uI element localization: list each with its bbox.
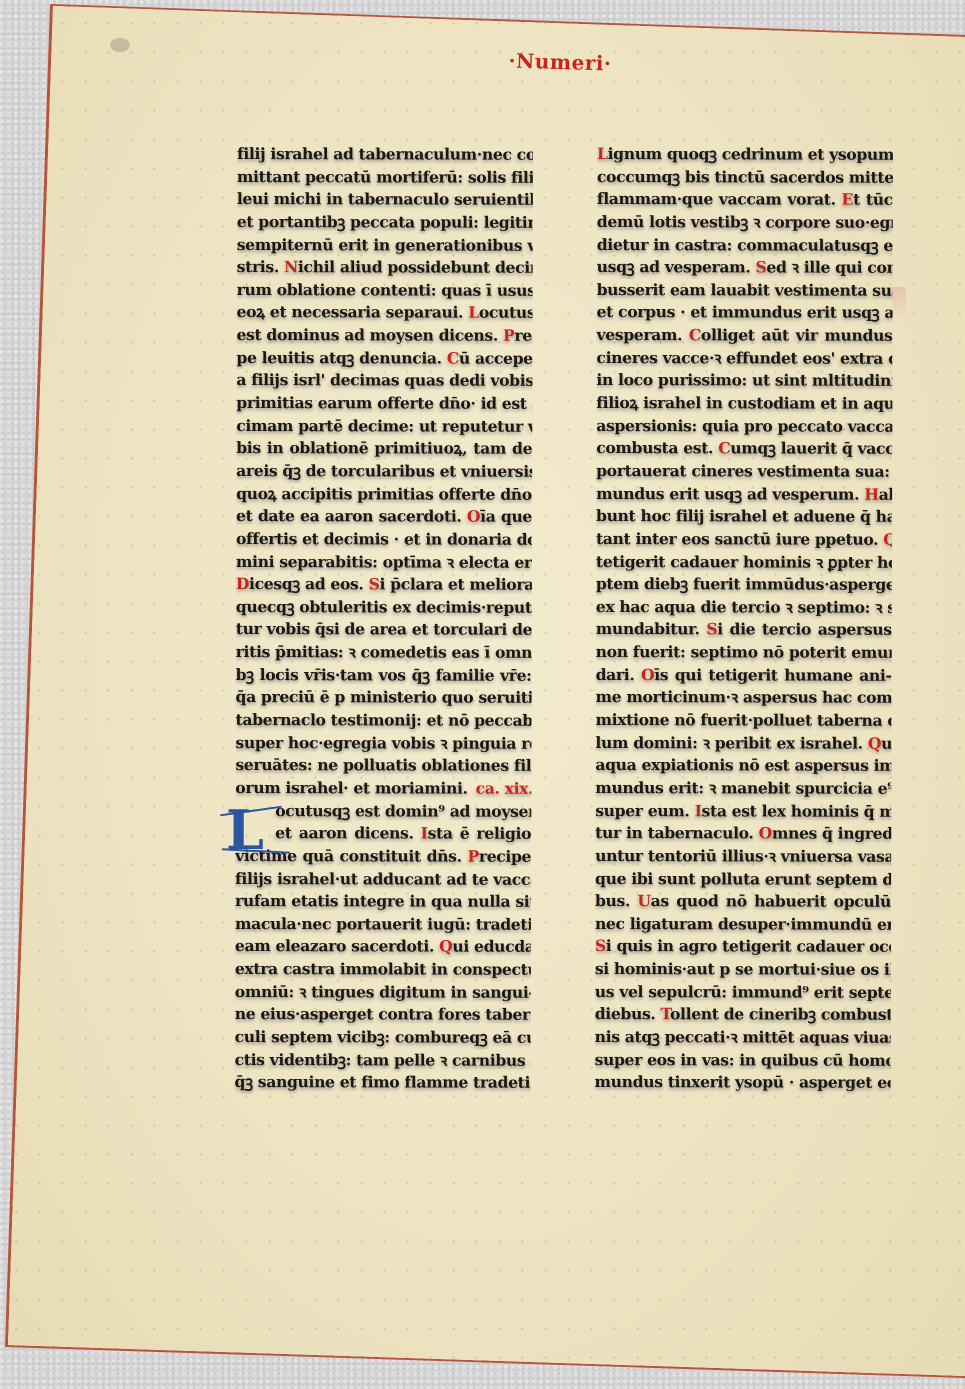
text-line: ex hac aqua die tercio ꝛ septimo: ꝛ sic xyxy=(596,596,892,619)
line-text: super eos in vas: in quibus cū homo xyxy=(595,1050,891,1070)
text-line: eoꝝ et necessaria separaui. Locutusqꝫ xyxy=(237,301,533,324)
text-line: ctis videntibꝫ: tam pelle ꝛ carnibus e⁹ xyxy=(235,1049,531,1072)
text-line: cimam partē decime: ut reputetur vo- xyxy=(236,415,532,438)
line-text: et corpus · et immundus erit usqꝫ ad xyxy=(597,302,893,322)
text-line: busserit eam lauabit vestimenta sua xyxy=(597,279,893,302)
text-line: macula·nec portauerit iugū: tradetisqꝫ xyxy=(235,913,531,936)
text-line: mittant peccatū mortiferū: solis filijs xyxy=(237,166,533,189)
line-text: primitias earum offerte dn̄o· id est de- xyxy=(236,393,532,413)
text-line: bus. Uas quod nō habuerit opculū xyxy=(595,890,891,913)
line-text: aqua expiationis nō est aspersus im- xyxy=(595,755,891,775)
text-line: filiј israhel ad tabernaculum·nec com xyxy=(237,143,533,166)
text-line: tur in tabernaculo. Omnes q̄ ingredi- xyxy=(595,822,891,845)
line-text: que ibi sunt polluta erunt septem die- xyxy=(595,868,891,888)
text-line: rufam etatis integre in qua nulla sit xyxy=(235,890,531,913)
line-text: offertis et decimis · et in donaria do- xyxy=(236,529,532,549)
text-line: mundus erit usqꝫ ad vesperum. Habe- xyxy=(596,483,892,506)
line-text: si hominis·aut p se mortui·siue os illi- xyxy=(595,959,891,979)
line-text: filiј israhel ad tabernaculum·nec com xyxy=(237,144,533,164)
line-text: portauerat cineres vestimenta sua: im- xyxy=(596,461,892,481)
text-line: bis in oblationē primitiuoꝝ, tam de xyxy=(236,437,532,460)
line-text: in loco purissimo: ut sint mltitudini xyxy=(596,370,892,390)
text-line: quecqꝫ obtuleritis ex decimis·reputabi- xyxy=(236,596,532,619)
text-line: ptem diebꝫ fuerit immūdus·asperget xyxy=(596,573,892,596)
line-text: culi septem vicibꝫ: combureqꝫ eā cun- xyxy=(235,1027,531,1047)
line-text: mini separabitis: optīma ꝛ electa erūt. xyxy=(236,552,532,572)
line-text: dietur in castra: commaculatusqꝫ erit xyxy=(597,235,893,255)
line-text: ocutusqꝫ est domin⁹ ad moysen xyxy=(275,801,531,821)
text-line: culi septem vicibꝫ: combureqꝫ eā cun- xyxy=(235,1026,531,1049)
text-line: est dominus ad moysen dicens. Preci xyxy=(236,324,532,347)
line-text: bus. Uas quod nō habuerit opculū xyxy=(595,891,891,911)
rubricated-capital: C xyxy=(447,348,459,367)
rubricated-capital: O xyxy=(759,824,772,843)
line-text: rufam etatis integre in qua nulla sit xyxy=(235,891,531,911)
line-text: mittant peccatū mortiferū: solis filijs xyxy=(237,167,533,187)
text-line: dietur in castra: commaculatusqꝫ erit xyxy=(597,234,893,257)
line-text: Si quis in agro tetigerit cadauer occi- xyxy=(595,936,891,956)
text-line: que ibi sunt polluta erunt septem die- xyxy=(595,867,891,890)
rubricated-capital: H xyxy=(864,484,878,503)
rubricated-capital: Q xyxy=(868,733,881,752)
text-line: in loco purissimo: ut sint mltitudini xyxy=(596,369,892,392)
line-text: omniū: ꝛ tingues digitum in sangui- xyxy=(235,982,531,1002)
text-line: cineres vacce·ꝛ effundet eos' extra cast… xyxy=(596,347,892,370)
text-line: tetigerit cadauer hominis ꝛ ꝑpter hoc se… xyxy=(596,551,892,574)
text-line: filioꝝ israhel in custodiam et in aquā xyxy=(596,392,892,415)
line-text: est dominus ad moysen dicens. Preci xyxy=(236,325,532,345)
rubricated-capital: Q xyxy=(883,530,892,549)
line-text: usqꝫ ad vesperam. Sed ꝛ ille qui com- xyxy=(597,257,893,277)
text-line: Lignum quoqꝫ cedrinum et ysopum xyxy=(597,143,893,166)
line-text: untur tentoriū illius·ꝛ vniuersa vasa xyxy=(595,846,891,866)
text-line: lum domini: ꝛ peribit ex israhel. Quia xyxy=(595,732,891,755)
line-text: tetigerit cadauer hominis ꝛ ꝑpter hoc se… xyxy=(596,552,892,572)
text-line: mundabitur. Si die tercio aspersus xyxy=(596,618,892,641)
line-text: ritis p̄mitias: ꝛ comedetis eas ī omni- xyxy=(236,642,532,662)
line-text: seruātes: ne polluatis oblationes fili- xyxy=(235,755,531,775)
text-line: usqꝫ ad vesperam. Sed ꝛ ille qui com- xyxy=(597,256,893,279)
text-line: seruātes: ne polluatis oblationes fili- xyxy=(235,754,531,777)
line-text: mundus erit: ꝛ manebit spurcicia e⁹ xyxy=(595,778,891,798)
text-line: coccumqꝫ bis tinctū sacerdos mittet ī xyxy=(597,166,893,189)
text-line: super eum. Ista est lex hominis q̄ mori- xyxy=(595,800,891,823)
line-text: cineres vacce·ꝛ effundet eos' extra cast… xyxy=(596,348,892,368)
line-text: filioꝝ israhel in custodiam et in aquā xyxy=(596,393,892,413)
text-line: me morticinum·ꝛ aspersus hac com- xyxy=(596,686,892,709)
line-text: super eum. Ista est lex hominis q̄ mori- xyxy=(595,801,891,821)
line-text: bꝫ locis vr̄is·tam vos q̄ꝫ familie vr̄e: xyxy=(236,665,532,685)
text-line: leui michi in tabernaculo seruientibus xyxy=(237,188,533,211)
text-line: offertis et decimis · et in donaria do- xyxy=(236,528,532,551)
line-text: et aaron dicens. Ista ē religio xyxy=(275,823,531,843)
text-line: super eos in vas: in quibus cū homo xyxy=(595,1049,891,1072)
line-text: us vel sepulcrū: immund⁹ erit septem xyxy=(595,982,891,1002)
text-line: mundus erit: ꝛ manebit spurcicia e⁹ xyxy=(595,777,891,800)
line-text: ne eius·asperget contra fores taberna- xyxy=(235,1004,531,1024)
text-line: et portantibꝫ peccata populi: legitimū xyxy=(237,211,533,234)
text-line: Si quis in agro tetigerit cadauer occi- xyxy=(595,935,891,958)
line-text: stris. Nichil aliud possidebunt decima xyxy=(237,257,533,277)
text-line: untur tentoriū illius·ꝛ vniuersa vasa xyxy=(595,845,891,868)
line-text: combusta est. Cumqꝫ lauerit q̄ vacce xyxy=(596,438,892,458)
line-text: tur in tabernaculo. Omnes q̄ ingredi- xyxy=(595,823,891,843)
line-text: ex hac aqua die tercio ꝛ septimo: ꝛ sic xyxy=(596,597,892,617)
text-line: tant inter eos sanctū iure ppetuo. Qui xyxy=(596,528,892,551)
text-line: combusta est. Cumqꝫ lauerit q̄ vacce xyxy=(596,437,892,460)
text-line: bꝫ locis vr̄is·tam vos q̄ꝫ familie vr̄e: xyxy=(236,664,532,687)
text-line: extra castra immolabit in conspectu xyxy=(235,958,531,981)
line-text: orum israhel· et moriamini. xyxy=(235,778,467,798)
text-line: vesperam. Colliget aūt vir mundus xyxy=(596,324,892,347)
text-line: non fuerit: septimo nō poterit emun- xyxy=(596,641,892,664)
line-text: ctis videntibꝫ: tam pelle ꝛ carnibus e⁹ xyxy=(235,1050,531,1070)
line-text: nec ligaturam desuper·immundū erit. xyxy=(595,914,891,934)
line-text: cimam partē decime: ut reputetur vo- xyxy=(236,416,532,436)
left-column: filiј israhel ad tabernaculum·nec commit… xyxy=(235,143,533,1095)
line-text: coccumqꝫ bis tinctū sacerdos mittet ī xyxy=(597,167,893,187)
line-text: tant inter eos sanctū iure ppetuo. Qui xyxy=(596,529,892,549)
text-line: et date ea aaron sacerdoti. Oīa que xyxy=(236,505,532,528)
line-text: me morticinum·ꝛ aspersus hac com- xyxy=(596,687,892,707)
right-column: Lignum quoqꝫ cedrinum et ysopumcoccumqꝫ … xyxy=(595,143,893,1095)
text-line: aspersionis: quia pro peccato vacca xyxy=(596,415,892,438)
rubricated-capital: S xyxy=(755,258,766,277)
line-text: super hoc·egregia vobis ꝛ pinguia re- xyxy=(235,733,531,753)
text-line: areis q̄ꝫ de torcularibus et vniuersis xyxy=(236,460,532,483)
rubricated-capital: S xyxy=(595,936,606,955)
text-line: mixtione nō fuerit·polluet taberna cu- xyxy=(595,709,891,732)
line-text: quecqꝫ obtuleritis ex decimis·reputabi- xyxy=(236,597,532,617)
line-text: q̄ꝫ sanguine et fimo flamme tradetis. xyxy=(235,1072,531,1092)
line-text: demū lotis vestibꝫ ꝛ corpore suo·egre xyxy=(597,212,893,232)
text-line: bunt hoc filij israhel et aduene q̄ habi… xyxy=(596,505,892,528)
line-text: macula·nec portauerit iugū: tradetisqꝫ xyxy=(235,914,531,934)
line-text: sempiternū erit in generationibus ve- xyxy=(237,235,533,255)
text-line: flammam·que vaccam vorat. Et tūc xyxy=(597,188,893,211)
text-line: q̄ꝫ sanguine et fimo flamme tradetis. xyxy=(235,1071,531,1094)
rubricated-capital: S xyxy=(706,620,717,639)
text-line: mundus tinxerit ysopū · asperget eo xyxy=(595,1071,891,1094)
line-text: et portantibꝫ peccata populi: legitimū xyxy=(237,212,533,232)
rubricated-capital: C xyxy=(718,439,730,458)
line-text: diebus. Tollent de cineribꝫ combustio- xyxy=(595,1004,891,1024)
rubricated-capital: S xyxy=(369,575,380,594)
text-line: si hominis·aut p se mortui·siue os illi- xyxy=(595,958,891,981)
rubricated-capital: T xyxy=(661,1005,671,1024)
line-text: bunt hoc filij israhel et aduene q̄ habi… xyxy=(596,506,892,526)
text-line: a filijs isrl' decimas quas dedi vobis: xyxy=(236,369,532,392)
margin-mark xyxy=(892,287,906,317)
decorated-initial: L xyxy=(226,806,282,854)
text-line: dari. Oīs qui tetigerit humane ani- xyxy=(596,664,892,687)
initial-letter: L xyxy=(226,798,264,862)
text-line: orum israhel· et moriamini.ca. xix. xyxy=(235,777,531,800)
text-line: nis atqꝫ peccati·ꝛ mittēt aquas viuas xyxy=(595,1026,891,1049)
rubricated-capital: I xyxy=(421,824,428,843)
text-line: primitias earum offerte dn̄o· id est de- xyxy=(236,392,532,415)
line-text: a filijs isrl' decimas quas dedi vobis: xyxy=(236,370,532,390)
running-head: ·Numeri· xyxy=(500,48,621,76)
line-text: lum domini: ꝛ peribit ex israhel. Quia xyxy=(595,733,891,753)
rubricated-capital: D xyxy=(236,574,249,593)
text-line: et corpus · et immundus erit usqꝫ ad xyxy=(597,301,893,324)
text-line: super hoc·egregia vobis ꝛ pinguia re- xyxy=(235,732,531,755)
rubricated-capital: I xyxy=(695,801,702,820)
chapter-marker: ca. xix. xyxy=(476,779,532,798)
text-line: omniū: ꝛ tingues digitum in sangui- xyxy=(235,981,531,1004)
text-line: stris. Nichil aliud possidebunt decima xyxy=(237,256,533,279)
rubricated-capital: O xyxy=(467,507,480,526)
text-line: quoꝝ accipitis primitias offerte dn̄o· xyxy=(236,483,532,506)
line-text: eam eleazaro sacerdoti. Qui educdam xyxy=(235,936,531,956)
line-text: leui michi in tabernaculo seruientibus xyxy=(237,189,533,209)
rubricated-capital: E xyxy=(842,190,854,209)
rubricated-capital: L xyxy=(468,303,479,322)
text-line: mini separabitis: optīma ꝛ electa erūt. xyxy=(236,551,532,574)
line-text: tabernaclo testimonij: et nō peccabitis xyxy=(235,710,531,730)
text-line: eam eleazaro sacerdoti. Qui educdam xyxy=(235,935,531,958)
rubricated-capital: C xyxy=(689,325,701,344)
rubricated-capital: N xyxy=(284,257,298,276)
text-line: tur vobis q̄si de area et torculari dede… xyxy=(236,618,532,641)
rubricated-capital: Q xyxy=(439,937,452,956)
text-line: filijs israhel·ut adducant ad te vaccā xyxy=(235,867,531,890)
line-text: q̄a preciū ē p ministerio quo seruitis ī xyxy=(236,687,532,707)
line-text: eoꝝ et necessaria separaui. Locutusqꝫ xyxy=(237,302,533,322)
line-text: tur vobis q̄si de area et torculari dede… xyxy=(236,619,532,639)
line-text: et date ea aaron sacerdoti. Oīa que xyxy=(236,506,532,526)
line-text: vesperam. Colliget aūt vir mundus xyxy=(596,325,892,345)
line-text: non fuerit: septimo nō poterit emun- xyxy=(596,642,892,662)
line-text: bis in oblationē primitiuoꝝ, tam de xyxy=(236,438,532,458)
text-line: q̄a preciū ē p ministerio quo seruitis ī xyxy=(236,686,532,709)
line-text: dari. Oīs qui tetigerit humane ani- xyxy=(596,665,892,685)
text-line: demū lotis vestibꝫ ꝛ corpore suo·egre xyxy=(597,211,893,234)
line-text: mundus erit usqꝫ ad vesperum. Habe- xyxy=(596,484,892,504)
line-text: ptem diebꝫ fuerit immūdus·asperget xyxy=(596,574,892,594)
line-text: quoꝝ accipitis primitias offerte dn̄o· xyxy=(236,484,532,504)
text-line: us vel sepulcrū: immund⁹ erit septem xyxy=(595,981,891,1004)
rubricated-capital: P xyxy=(503,326,514,345)
text-line: ritis p̄mitias: ꝛ comedetis eas ī omni- xyxy=(236,641,532,664)
line-text: Lignum quoqꝫ cedrinum et ysopum xyxy=(597,144,893,164)
line-text: rum oblatione contenti: quas ī usus xyxy=(237,280,533,300)
margin-stain xyxy=(110,38,130,52)
line-text: busserit eam lauabit vestimenta sua xyxy=(597,280,893,300)
text-line: sempiternū erit in generationibus ve- xyxy=(237,234,533,257)
line-text: mixtione nō fuerit·polluet taberna cu- xyxy=(595,710,891,730)
text-line: portauerat cineres vestimenta sua: im- xyxy=(596,460,892,483)
line-text: mundabitur. Si die tercio aspersus xyxy=(596,619,892,639)
text-line: Dicesqꝫ ad eos. Si p̄clara et meliora xyxy=(236,573,532,596)
text-line: aqua expiationis nō est aspersus im- xyxy=(595,754,891,777)
rubricated-capital: P xyxy=(467,846,478,865)
line-text: aspersionis: quia pro peccato vacca xyxy=(596,416,892,436)
text-line: nec ligaturam desuper·immundū erit. xyxy=(595,913,891,936)
line-text: pe leuitis atqꝫ denuncia. Cū acceperitis xyxy=(236,348,532,368)
text-line: tabernaclo testimonij: et nō peccabitis xyxy=(235,709,531,732)
line-text: nis atqꝫ peccati·ꝛ mittēt aquas viuas xyxy=(595,1027,891,1047)
line-text: extra castra immolabit in conspectu xyxy=(235,959,531,979)
text-line: pe leuitis atqꝫ denuncia. Cū acceperitis xyxy=(236,347,532,370)
text-line: rum oblatione contenti: quas ī usus xyxy=(237,279,533,302)
text-line: ne eius·asperget contra fores taberna- xyxy=(235,1003,531,1026)
rubricated-capital: O xyxy=(641,665,654,684)
line-text: mundus tinxerit ysopū · asperget eo xyxy=(595,1072,891,1092)
line-text: Dicesqꝫ ad eos. Si p̄clara et meliora xyxy=(236,574,532,594)
rubricated-capital: L xyxy=(597,144,608,163)
line-text: flammam·que vaccam vorat. Et tūc xyxy=(597,189,893,209)
rubricated-capital: U xyxy=(637,891,650,910)
text-line: diebus. Tollent de cineribꝫ combustio- xyxy=(595,1003,891,1026)
line-text: areis q̄ꝫ de torcularibus et vniuersis xyxy=(236,461,532,481)
line-text: filijs israhel·ut adducant ad te vaccā xyxy=(235,868,531,888)
